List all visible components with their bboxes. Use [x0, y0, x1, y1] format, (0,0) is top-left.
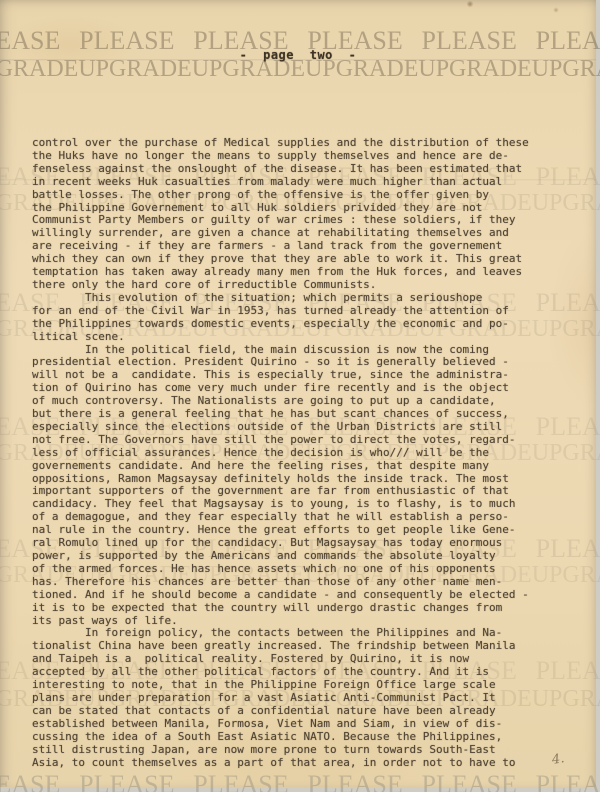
- document-text: control over the purchase of Medical sup…: [32, 137, 580, 769]
- document-page: PLEASEPLEASEPLEASEPLEASEPLEASEPLEASEUPGR…: [0, 0, 596, 787]
- watermark-please-row: PLEASEPLEASEPLEASEPLEASEPLEASEPLEASE: [0, 770, 600, 792]
- watermark-word: PLEASE: [79, 770, 174, 792]
- page-header: - page two -: [0, 48, 596, 62]
- watermark-word: PLEASE: [536, 770, 600, 792]
- watermark-word: PLEASE: [307, 770, 402, 792]
- watermark-word: PLEASE: [422, 770, 517, 792]
- paragraph-4: In foreign policy, the contacts between …: [32, 627, 580, 769]
- watermark-word: PLEASE: [193, 770, 288, 792]
- watermark-word: PLEASE: [0, 770, 60, 792]
- paragraph-1: control over the purchase of Medical sup…: [32, 137, 580, 292]
- paragraph-3: In the political field, the main discuss…: [32, 344, 580, 628]
- paragraph-2: This evolution of the situation; which p…: [32, 292, 580, 344]
- page-number-annotation: 4.: [551, 751, 565, 768]
